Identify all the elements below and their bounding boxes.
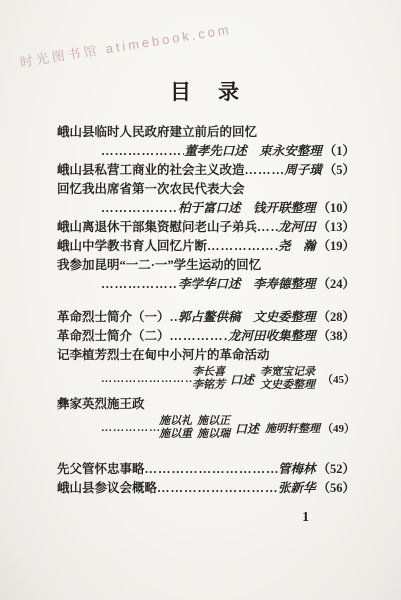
dot-leader: ……………………………………… (101, 201, 178, 216)
toc-content: 目 录 峨山县临时人民政府建立前后的回忆 ……………………………………… 董孝先… (57, 76, 355, 525)
entry-author: 龙河田收集整理 (228, 326, 316, 344)
dot-leader: ……………………………… (257, 220, 278, 235)
toc-attribution: ……………………………………… 李学华口述 李寿德整理 （24） (57, 274, 355, 293)
dot-leader: ……………………………………… (101, 277, 178, 292)
entry-author: 周子璜 (284, 160, 322, 178)
editor-column: 李宽宝记录 文史委整理 (260, 366, 315, 392)
narrator-name: 李长喜 (192, 366, 225, 379)
toc-entry: 革命烈士简介（二） ……………………………… 龙河田收集整理 （38） (57, 326, 355, 345)
toc-attribution: ……………………………………… 柏于富口述 钱开联整理 （10） (57, 198, 355, 217)
watermark-stamp: 时光图书馆 atimebook.com (19, 19, 233, 71)
entry-author: 董孝先口述 束永安整理 (184, 141, 322, 159)
entry-page-number: （28） (317, 307, 355, 325)
toc-entry: 峨山县参议会概略 ………………………………………… 张新华 （56） (57, 478, 355, 497)
entry-page-number: （1） (324, 141, 355, 159)
editor-name: 文史委整理 (260, 379, 315, 392)
entry-text: 峨山离退休干部集资慰问老山子弟兵 (57, 217, 257, 235)
entry-author: 张新华 (278, 478, 316, 496)
entry-text: 回忆我出席省第一次农民代表大会 (57, 179, 245, 197)
entry-text: 峨山县私营工商业的社会主义改造 (57, 160, 245, 178)
entry-page-number: （24） (317, 274, 355, 292)
toc-entry-title: 彝家英烈施王政 (57, 394, 355, 413)
page-number: 1 (57, 509, 355, 525)
entry-text: 我参加昆明“一二·一”学生运动的回忆 (57, 255, 261, 273)
dot-leader: ……………………………… (207, 239, 278, 254)
narrator-name: 施以正 (197, 415, 230, 428)
recorder-name: 李宽宝记录 (260, 366, 315, 379)
entry-text: 先父管怀忠事略 (57, 459, 145, 477)
entry-page-number: （13） (317, 217, 355, 235)
toc-attribution-stacked: …………………… 施以礼 施以重 施以正 施以瑞 口述 施明轩整理 （49） (57, 413, 355, 443)
toc-entry: 峨山中学教书育人回忆片断 ……………………………… 尧 瀚 （19） (57, 236, 355, 255)
entry-text: 记李植芳烈士在甸中小河片的革命活动 (57, 345, 270, 363)
toc-entry-title: 记李植芳烈士在甸中小河片的革命活动 (57, 345, 355, 364)
entry-page-number: （38） (317, 326, 355, 344)
entry-author: 管梅林 (278, 459, 316, 477)
dot-leader: …………………… (101, 422, 159, 434)
entry-author: 李学华口述 李寿德整理 (178, 274, 316, 292)
entry-page-number: （49） (322, 420, 355, 436)
dot-leader: ……………………………………… (101, 144, 184, 159)
dot-leader: ………………………………………… (145, 462, 278, 477)
narrator-name-column: 施以正 施以瑞 (197, 415, 230, 441)
entry-author: 柏于富口述 钱开联整理 (178, 198, 316, 216)
entry-text: 革命烈士简介（一） (57, 307, 170, 325)
entry-text: 峨山县临时人民政府建立前后的回忆 (57, 122, 257, 140)
entry-author: 龙河田 (278, 217, 316, 235)
toc-attribution-stacked: …………………………………… 李长喜 李铭芳 口述 李宽宝记录 文史委整理 （4… (57, 364, 355, 394)
entry-page-number: （52） (317, 459, 355, 477)
scanned-book-page: 时光图书馆 atimebook.com 目 录 峨山县临时人民政府建立前后的回忆… (0, 0, 401, 600)
narrator-name-column: 李长喜 李铭芳 (192, 366, 225, 392)
narrator-name: 施以重 (159, 428, 192, 441)
entry-page-number: （56） (317, 478, 355, 496)
narrator-name: 李铭芳 (192, 379, 225, 392)
narrator-name-column: 施以礼 施以重 (159, 415, 192, 441)
dot-leader: …………………………………… (101, 373, 192, 385)
narration-label: 口述 (235, 420, 259, 437)
narration-label: 口述 (230, 371, 254, 388)
narrator-name: 施以礼 (159, 415, 192, 428)
entry-author: 郭占鳌供稿 文史委整理 (178, 307, 316, 325)
entry-text: 峨山县参议会概略 (57, 478, 157, 496)
toc-entry-title: 回忆我出席省第一次农民代表大会 (57, 179, 355, 198)
narrator-name: 施以瑞 (197, 428, 230, 441)
entry-page-number: （5） (324, 160, 355, 178)
dot-leader: ………………………………………… (157, 481, 278, 496)
entry-page-number: （45） (322, 371, 355, 387)
editor-name: 施明轩整理 (265, 420, 320, 436)
toc-entry: 峨山离退休干部集资慰问老山子弟兵 ……………………………… 龙河田 （13） (57, 217, 355, 236)
section-gap (57, 293, 355, 307)
dot-leader: ……………………………… (170, 310, 178, 325)
section-gap (57, 443, 355, 459)
entry-page-number: （19） (317, 236, 355, 254)
toc-entry: 革命烈士简介（一） ……………………………… 郭占鳌供稿 文史委整理 （28） (57, 307, 355, 326)
entry-text: 峨山中学教书育人回忆片断 (57, 236, 207, 254)
page-title: 目 录 (57, 76, 355, 106)
toc-entry: 先父管怀忠事略 ………………………………………… 管梅林 （52） (57, 459, 355, 478)
dot-leader: ……………………………… (245, 163, 285, 178)
toc-entry-title: 峨山县临时人民政府建立前后的回忆 (57, 122, 355, 141)
toc-entry: 峨山县私营工商业的社会主义改造 ……………………………… 周子璜 （5） (57, 160, 355, 179)
toc-entry-title: 我参加昆明“一二·一”学生运动的回忆 (57, 255, 355, 274)
entry-text: 彝家英烈施王政 (57, 394, 145, 412)
entry-author: 尧 瀚 (278, 236, 316, 254)
entry-text: 革命烈士简介（二） (57, 326, 170, 344)
dot-leader: ……………………………… (170, 329, 228, 344)
entry-page-number: （10） (317, 198, 355, 216)
toc-attribution: ……………………………………… 董孝先口述 束永安整理 （1） (57, 141, 355, 160)
